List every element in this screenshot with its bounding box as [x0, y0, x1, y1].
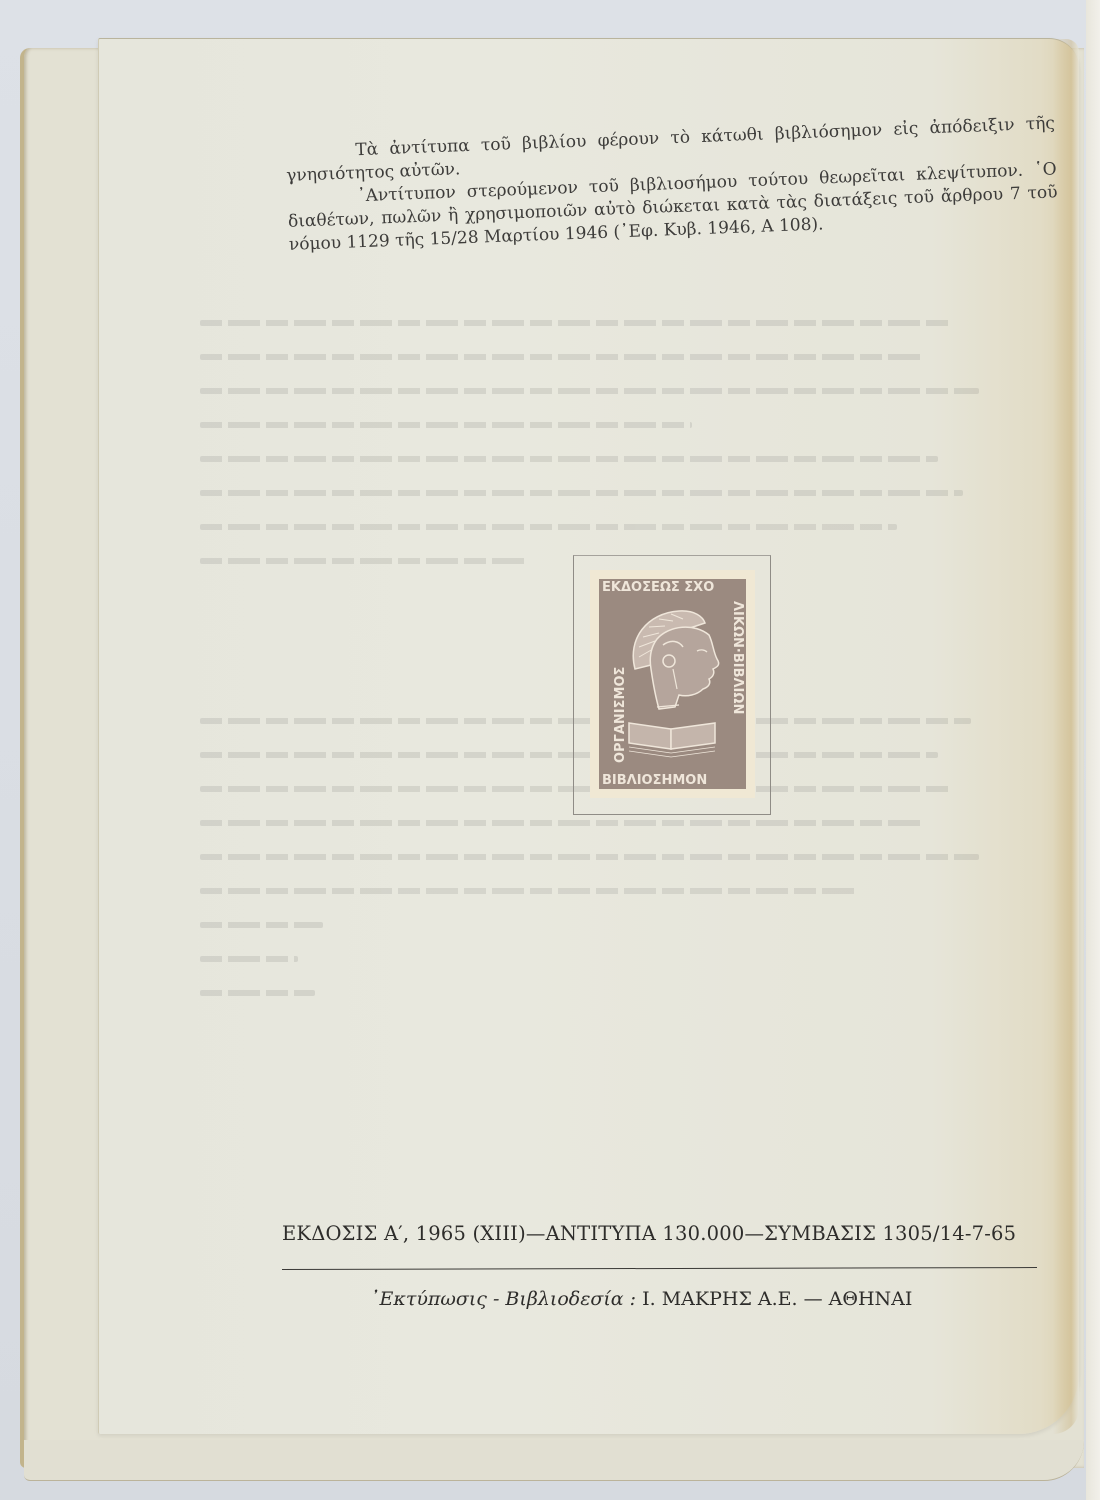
printer-label: ᾿Εκτύπωσις - Βιβλιοδεσία :: [370, 1288, 636, 1310]
page-block-bottom-edge: [24, 1440, 1084, 1481]
stamp-vignette: ΕΚΔΟΣΕΩΣ ΣΧΟ ΟΡΓΑΝΙΣΜΟΣ ΛΙΚΩΝ·ΒΙΒΛΙΩΝ ΒΙ…: [599, 579, 746, 789]
athena-head-icon: [617, 599, 729, 769]
edition-info: ΕΚΔΟΣΙΣ Α′, 1965 (XIII)—ΑΝΤΙΤΥΠΑ 130.000…: [282, 1222, 1042, 1245]
adjacent-page-edge: [1086, 0, 1100, 1500]
printer-name: Ι. ΜΑΚΡΗΣ Α.Ε. — ΑΘΗΝΑΙ: [642, 1288, 912, 1310]
stamp-legend-top: ΕΚΔΟΣΕΩΣ ΣΧΟ: [602, 580, 714, 596]
stamp-legend-bottom: ΒΙΒΛΙΟΣΗΜΟΝ: [602, 773, 707, 789]
page-gutter-curve: [1053, 39, 1079, 1434]
stamp-legend-right: ΛΙΚΩΝ·ΒΙΒΛΙΩΝ: [729, 601, 745, 761]
book-stamp: ΕΚΔΟΣΕΩΣ ΣΧΟ ΟΡΓΑΝΙΣΜΟΣ ΛΙΚΩΝ·ΒΙΒΛΙΩΝ ΒΙ…: [590, 570, 755, 798]
printer-info: ᾿Εκτύπωσις - Βιβλιοδεσία : Ι. ΜΑΚΡΗΣ Α.Ε…: [370, 1288, 912, 1310]
